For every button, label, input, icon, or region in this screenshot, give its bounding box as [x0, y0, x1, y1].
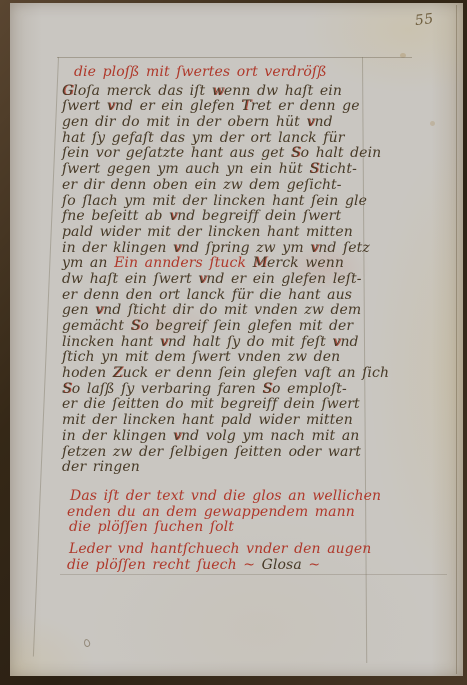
ink-text-run: gen	[62, 302, 95, 318]
ink-text-run: nd er ein glefen	[115, 98, 241, 114]
ink-text-run: hoden	[62, 365, 113, 381]
manuscript-line: ſein vor geſatzte hant aus get So halt d…	[62, 146, 420, 162]
ink-text-run: in der klingen	[62, 240, 173, 256]
ink-text-run: o laſß ſy verbaring faren	[72, 381, 263, 397]
ink-text-run: o begreif ſein glefen mit der	[140, 318, 353, 334]
red-text-run: die plöſſen ſuchen ſolt	[69, 519, 234, 535]
ink-text-run: enn dw haſt ein	[224, 83, 342, 99]
ink-text-run: gemächt	[62, 318, 131, 334]
manuscript-line: ſtich yn mit dem ſwert vnden zw den	[62, 350, 420, 366]
red-text-run: Ein annders ſtuck	[114, 255, 253, 271]
ink-text-run: erck wenn	[267, 255, 344, 271]
ink-text-run: nd	[340, 334, 358, 350]
text-block: die ploſß mit ſwertes ort verdröſßGloſa …	[62, 65, 420, 573]
ink-text-run: nd halt ſy do mit feſt	[168, 334, 333, 350]
ink-text-run: hat ſy gefaſt das ym der ort lanck für	[62, 130, 344, 146]
rubricated-initial: S	[131, 318, 141, 334]
red-text-run: ~	[302, 557, 320, 573]
ink-text-run: pald wider mit der lincken hant mitten	[62, 224, 353, 240]
rubricated-initial: v	[160, 334, 168, 350]
rubricated-initial: S	[62, 381, 72, 397]
rubricated-initial: T	[241, 98, 250, 114]
ink-text-run: lincken hant	[62, 334, 160, 350]
manuscript-line: pald wider mit der lincken hant mitten	[62, 225, 420, 241]
ink-text-run: ſwert	[62, 98, 107, 114]
ink-text-run: mit der lincken hant pald wider mitten	[62, 412, 353, 428]
ink-text-run: in der klingen	[62, 428, 173, 444]
manuscript-line: Das iſt der text vnd die glos an wellich…	[70, 489, 420, 505]
ink-text-run: nd er ein glefen leſt-	[206, 271, 361, 287]
ink-text-run: nd ſticht dir do mit vnden zw dem	[103, 302, 361, 318]
rubricated-initial: Z	[113, 365, 123, 381]
rubricated-initial: M	[253, 255, 267, 271]
ink-text-run: ſtich yn mit dem ſwert vnden zw den	[62, 349, 340, 365]
ink-text-run: er die ſeitten do mit begreiff dein ſwer…	[62, 396, 360, 412]
ruling-line-horizontal-bottom	[60, 574, 447, 575]
parchment-speck	[430, 121, 435, 126]
manuscript-line: er dir denn oben ein zw dem geſicht-	[62, 178, 420, 194]
ink-text-run: uck er denn ſein glefen vaſt an ſich	[123, 365, 389, 381]
ink-text-run: o emploſt-	[272, 381, 347, 397]
folio-number: 55	[414, 11, 435, 29]
parchment-page: 55 die ploſß mit ſwertes ort verdröſßGlo…	[10, 3, 463, 676]
red-text-run: enden du an dem gewappendem mann	[67, 504, 355, 520]
ink-text-run: nd ſetz	[318, 240, 370, 256]
rubricated-initial: w	[212, 83, 224, 99]
ink-text-run: gen dir do mit in der obern hüt	[62, 114, 306, 130]
ink-text-run: nd volg ym nach mit an	[181, 428, 359, 444]
rubricated-initial: v	[173, 240, 181, 256]
pen-mark	[83, 638, 91, 647]
ink-text-run: ſwert gegen ym auch yn ein hüt	[62, 161, 309, 177]
manuscript-line: mit der lincken hant pald wider mitten	[62, 413, 420, 429]
ink-text-run: er denn den ort lanck für die hant aus	[62, 287, 352, 303]
manuscript-line: ſwert gegen ym auch yn ein hüt Sticht-	[62, 162, 420, 178]
manuscript-photo: 55 die ploſß mit ſwertes ort verdröſßGlo…	[0, 0, 467, 685]
manuscript-line: Gloſa merck das iſt wenn dw haſt ein	[62, 84, 420, 100]
ink-text-run: ret er denn ge	[251, 98, 360, 114]
manuscript-line: Leder vnd hantſchuech vnder den augen	[69, 542, 420, 558]
ink-text-run: nd ſpring zw ym	[181, 240, 310, 256]
ink-text-run: nd begreiff dein ſwert	[177, 208, 341, 224]
ink-text-run: dw haſt ein ſwert	[62, 271, 198, 287]
red-text-run: die plöſſen recht ſuech ~	[67, 557, 262, 573]
manuscript-line: enden du an dem gewappendem mann	[67, 505, 420, 521]
rubricated-initial: v	[173, 428, 181, 444]
ink-text-run: er dir denn oben ein zw dem geſicht-	[62, 177, 342, 193]
rubricated-initial: v	[107, 98, 115, 114]
manuscript-line: ſo ſlach ym mit der lincken hant ſein gl…	[62, 194, 420, 210]
manuscript-line: der ringen	[62, 460, 420, 476]
manuscript-line: in der klingen vnd ſpring zw ym vnd ſetz	[62, 241, 420, 257]
rubricated-initial: S	[309, 161, 319, 177]
manuscript-line: die plöſſen ſuchen ſolt	[69, 520, 420, 536]
ink-text-run: nd	[314, 114, 332, 130]
ink-text-run: ſein vor geſatzte hant aus get	[62, 145, 291, 161]
manuscript-line: er denn den ort lanck für die hant aus	[62, 288, 420, 304]
manuscript-line: in der klingen vnd volg ym nach mit an	[62, 429, 420, 445]
red-text-run: Das iſt der text vnd die glos an wellich…	[70, 488, 381, 504]
rubricated-initial: v	[169, 208, 177, 224]
ink-text-run: der ringen	[62, 459, 140, 475]
ink-text-run: ym an	[62, 255, 114, 271]
manuscript-line: lincken hant vnd halt ſy do mit feſt vnd	[62, 335, 420, 351]
manuscript-line: dw haſt ein ſwert vnd er ein glefen leſt…	[62, 272, 420, 288]
red-text-run: die ploſß mit ſwertes ort verdröſß	[74, 64, 327, 80]
manuscript-line: die plöſſen recht ſuech ~ Glosa ~	[67, 558, 420, 574]
heading-line: die ploſß mit ſwertes ort verdröſß	[74, 65, 420, 81]
manuscript-line: gen dir do mit in der obern hüt vnd	[62, 115, 420, 131]
ink-text-run: o halt dein	[301, 145, 382, 161]
manuscript-line: er die ſeitten do mit begreiff dein ſwer…	[62, 397, 420, 413]
rubricated-initial: G	[62, 83, 73, 99]
ink-text-run: Glosa	[262, 557, 302, 573]
manuscript-line: hoden Zuck er denn ſein glefen vaſt an ſ…	[62, 366, 420, 382]
rubricated-initial: S	[291, 145, 301, 161]
manuscript-line: So laſß ſy verbaring faren So emploſt-	[62, 382, 420, 398]
manuscript-line: gen vnd ſticht dir do mit vnden zw dem	[62, 303, 420, 319]
page-edge-crease	[456, 5, 457, 674]
ink-text-run: ſetzen zw der ſelbigen ſeitten oder wart	[62, 444, 361, 460]
manuscript-line: hat ſy gefaſt das ym der ort lanck für	[62, 131, 420, 147]
manuscript-line: gemächt So begreif ſein glefen mit der	[62, 319, 420, 335]
ink-text-run: ſo ſlach ym mit der lincken hant ſein gl…	[62, 193, 367, 209]
red-text-run: Leder vnd hantſchuech vnder den augen	[69, 541, 371, 557]
manuscript-line: fne beſeitt ab vnd begreiff dein ſwert	[62, 209, 420, 225]
manuscript-line: ym an Ein annders ſtuck Merck wenn	[62, 256, 420, 272]
rubricated-initial: v	[95, 302, 103, 318]
ruling-line-horizontal-top	[57, 57, 412, 58]
ink-text-run: fne beſeitt ab	[62, 208, 169, 224]
manuscript-line: ſwert vnd er ein glefen Tret er denn ge	[62, 99, 420, 115]
ink-text-run: ticht-	[319, 161, 357, 177]
rubricated-initial: S	[262, 381, 272, 397]
ruling-line-vertical-left	[33, 57, 59, 657]
ink-text-run: loſa merck das iſt	[73, 83, 212, 99]
manuscript-line: ſetzen zw der ſelbigen ſeitten oder wart	[62, 445, 420, 461]
